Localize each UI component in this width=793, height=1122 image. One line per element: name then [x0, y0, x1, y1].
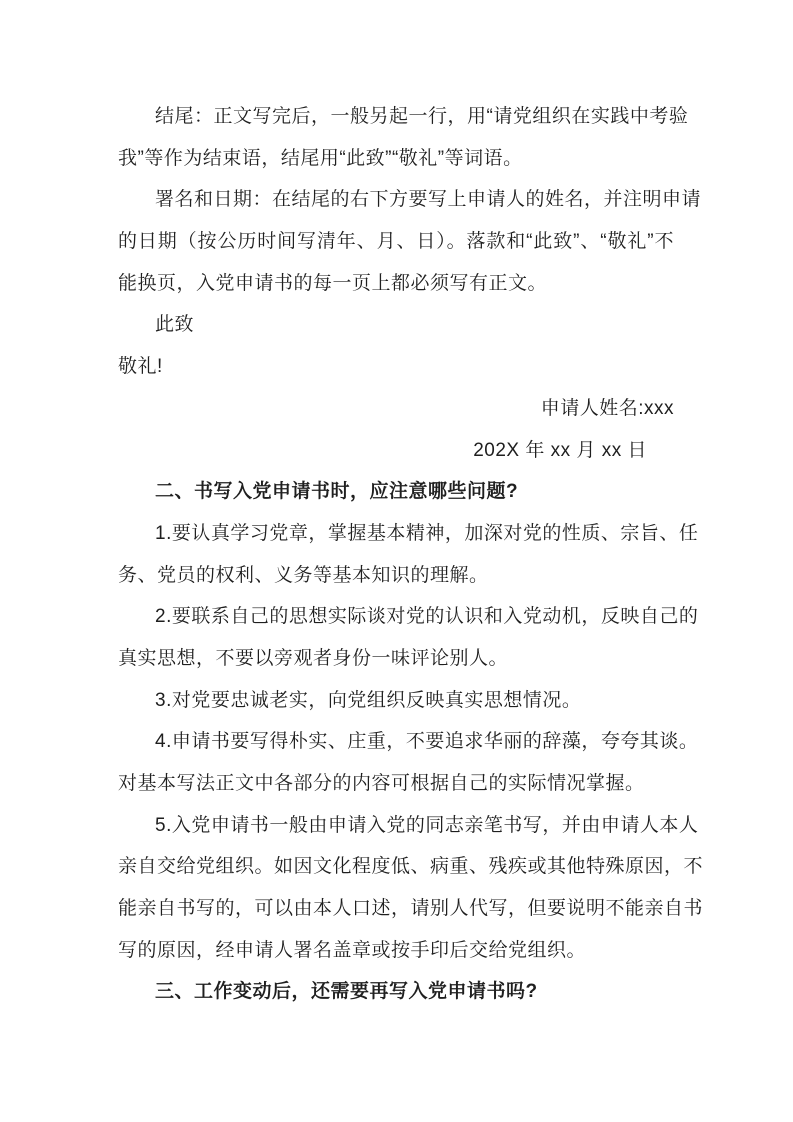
document-page: 结尾：正文写完后，一般另起一行，用“请党组织在实践中考验我”等作为结束语，结尾用… [0, 0, 793, 1122]
document-body: 结尾：正文写完后，一般另起一行，用“请党组织在实践中考验我”等作为结束语，结尾用… [118, 96, 674, 1013]
text-line: 能亲自书写的，可以由本人口述，请别人代写，但要说明不能亲自书 [118, 888, 674, 930]
text-line: 申请人姓名:xxx [118, 388, 674, 430]
text-line: 我”等作为结束语，结尾用“此致”“敬礼”等词语。 [118, 138, 674, 180]
text-line: 3.对党要忠诚老实，向党组织反映真实思想情况。 [118, 680, 674, 722]
text-line: 真实思想，不要以旁观者身份一味评论别人。 [118, 638, 674, 680]
text-line: 2.要联系自己的思想实际谈对党的认识和入党动机，反映自己的 [118, 596, 674, 638]
text-line: 对基本写法正文中各部分的内容可根据自己的实际情况掌握。 [118, 763, 674, 805]
text-line: 务、党员的权利、义务等基本知识的理解。 [118, 555, 674, 597]
text-line: 202X 年 xx 月 xx 日 [118, 430, 674, 472]
section-heading-line: 二、书写入党申请书时，应注意哪些问题? [118, 471, 674, 513]
text-line: 4.申请书要写得朴实、庄重，不要追求华丽的辞藻，夸夸其谈。 [118, 721, 674, 763]
text-line: 此致 [118, 304, 674, 346]
text-line: 1.要认真学习党章，掌握基本精神，加深对党的性质、宗旨、任 [118, 513, 674, 555]
text-line: 能换页，入党申请书的每一页上都必须写有正文。 [118, 263, 674, 305]
section-heading-line: 三、工作变动后，还需要再写入党申请书吗? [118, 971, 674, 1013]
text-line: 亲自交给党组织。如因文化程度低、病重、残疾或其他特殊原因，不 [118, 846, 674, 888]
text-line: 结尾：正文写完后，一般另起一行，用“请党组织在实践中考验 [118, 96, 674, 138]
text-line: 的日期（按公历时间写清年、月、日）。落款和“此致”、“敬礼”不 [118, 221, 674, 263]
text-line: 敬礼! [118, 346, 674, 388]
text-line: 5.入党申请书一般由申请入党的同志亲笔书写，并由申请人本人 [118, 805, 674, 847]
text-line: 署名和日期：在结尾的右下方要写上申请人的姓名，并注明申请 [118, 179, 674, 221]
text-line: 写的原因，经申请人署名盖章或按手印后交给党组织。 [118, 930, 674, 972]
